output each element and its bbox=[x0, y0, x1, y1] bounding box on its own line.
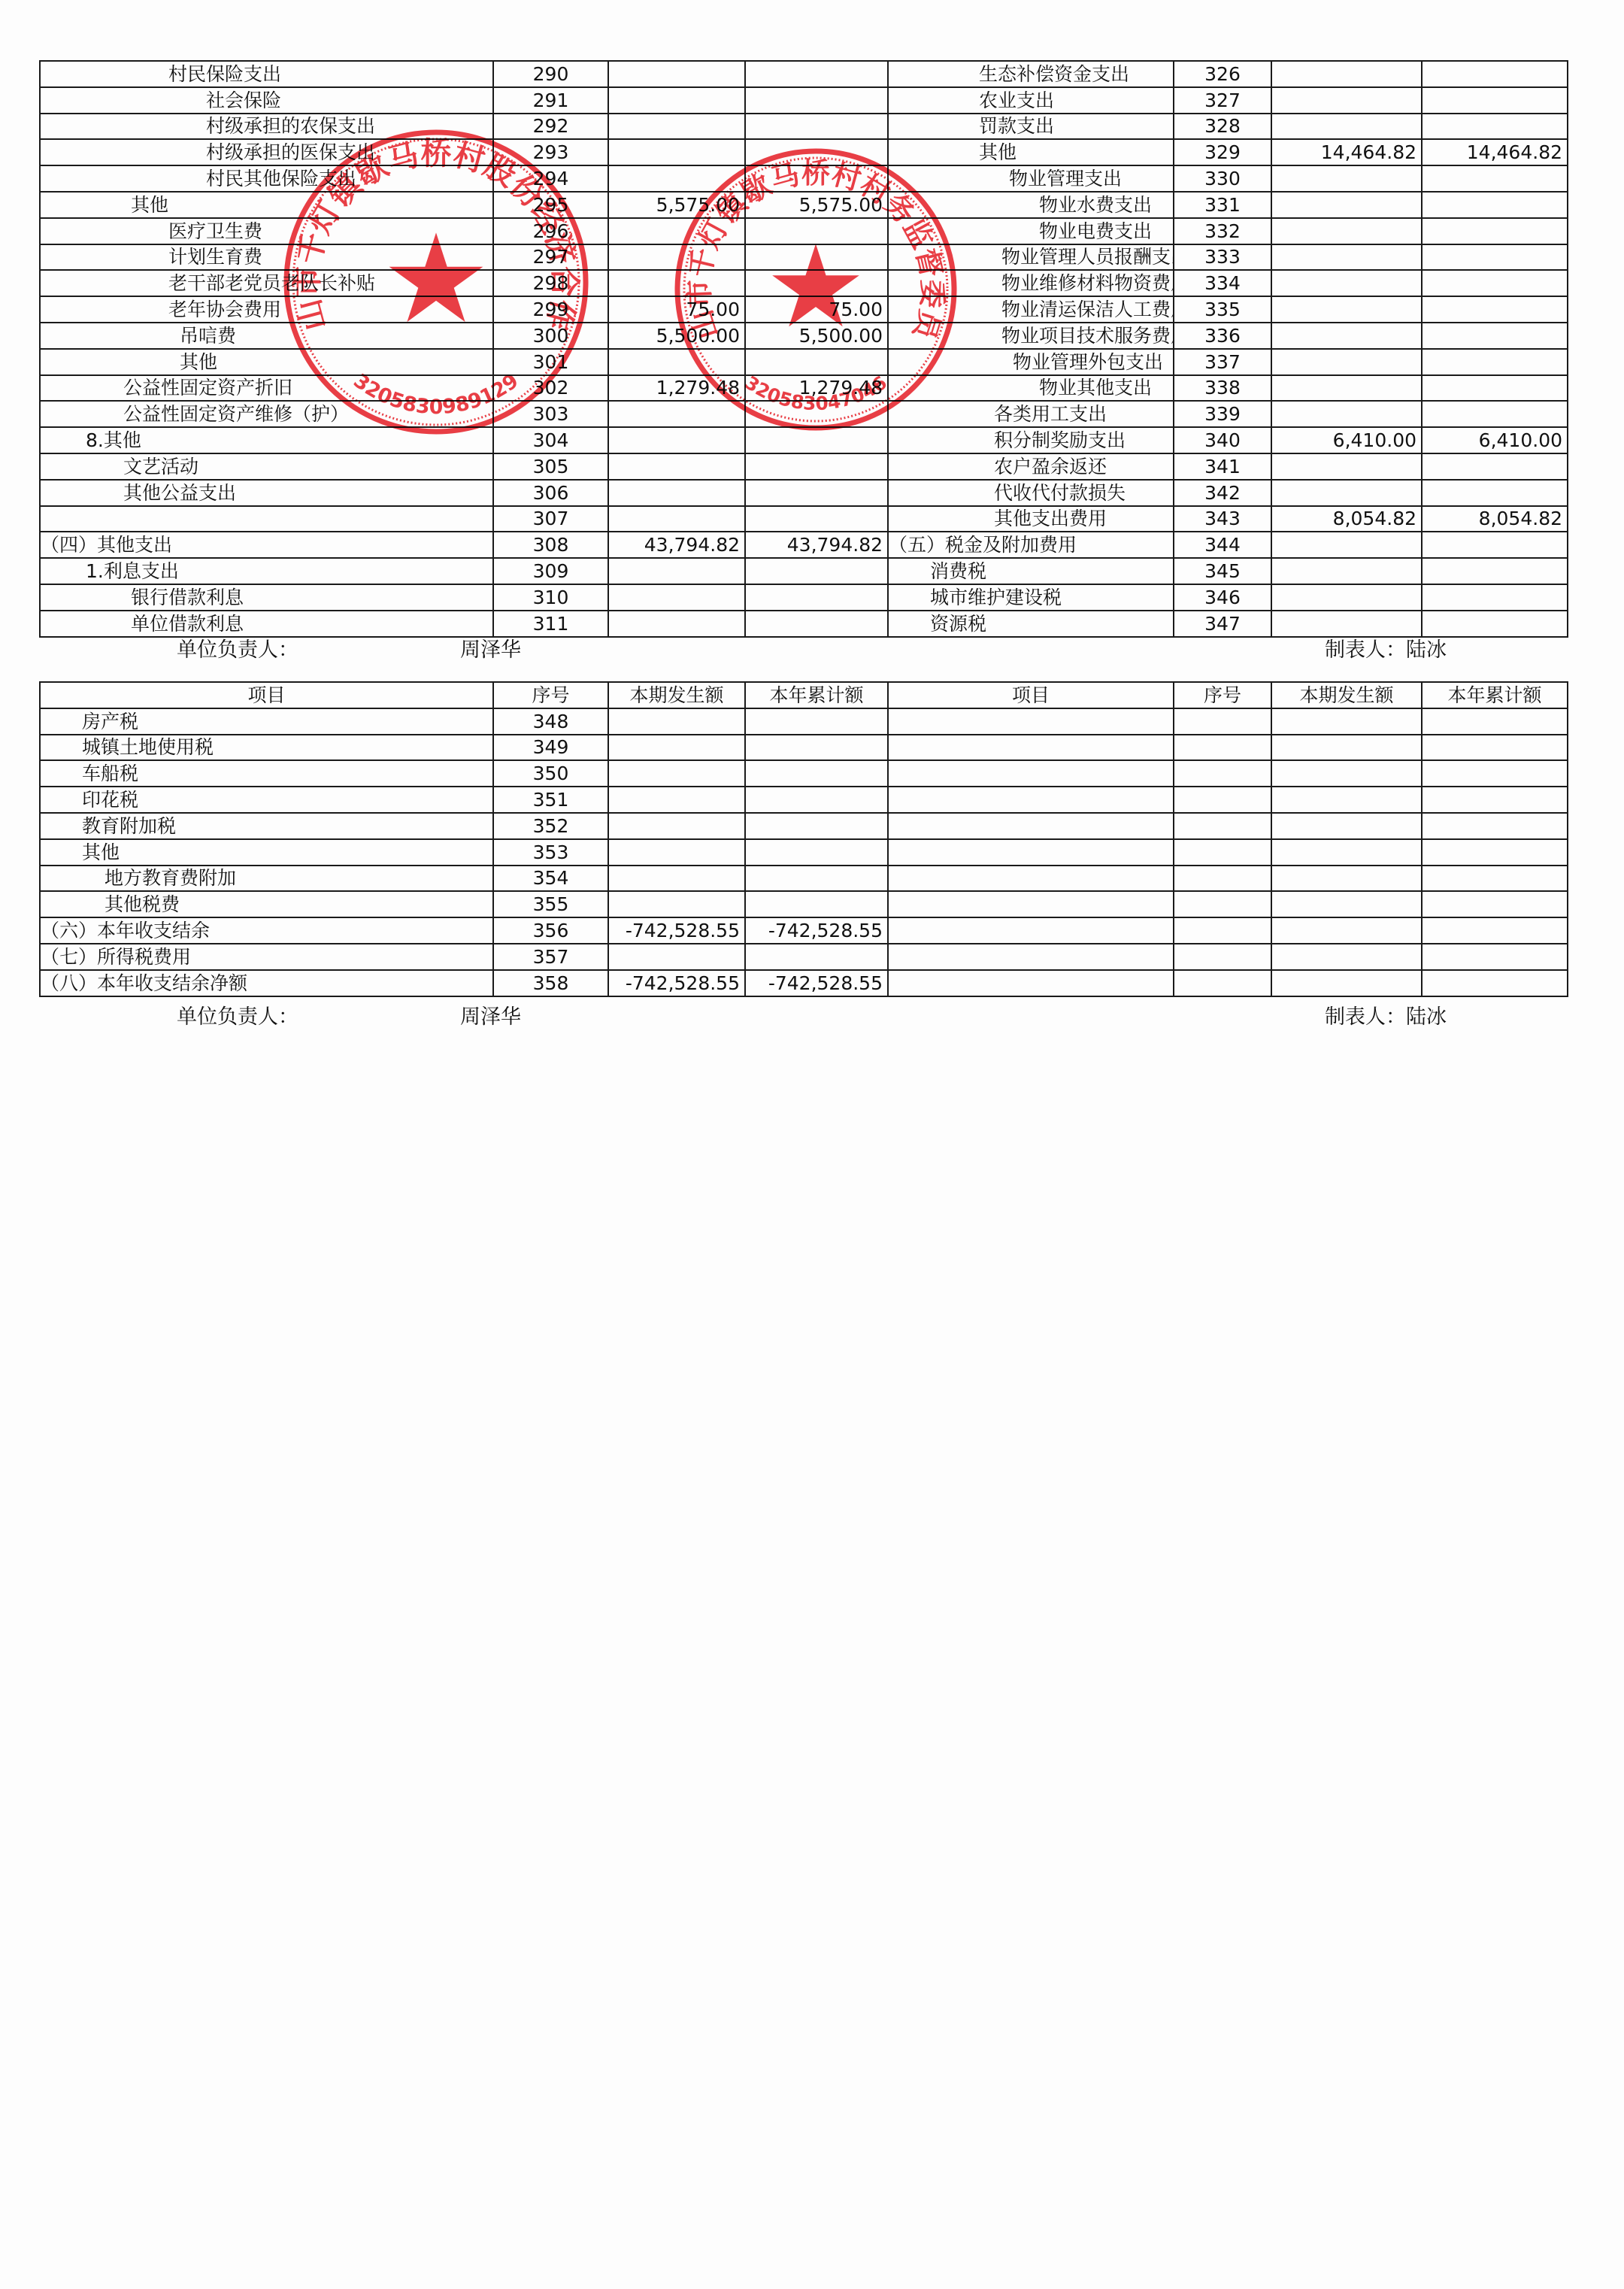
empty-cell bbox=[888, 970, 1174, 996]
empty-cell bbox=[1271, 970, 1422, 996]
current-period-amount bbox=[608, 839, 745, 866]
year-to-date-amount bbox=[745, 349, 888, 375]
item-name: 村级承担的农保支出 bbox=[40, 114, 493, 140]
item-name: 物业项目技术服务费用 bbox=[888, 323, 1174, 349]
empty-cell bbox=[888, 866, 1174, 892]
preparer-label: 制表人：陆冰 bbox=[1325, 1000, 1447, 1029]
table-row: 其他税费355 bbox=[40, 891, 1568, 917]
year-to-date-amount bbox=[1422, 584, 1568, 611]
empty-cell bbox=[1271, 839, 1422, 866]
row-number: 292 bbox=[493, 114, 608, 140]
empty-cell bbox=[1422, 917, 1568, 944]
preparer-label: 制表人：陆冰 bbox=[1325, 633, 1447, 662]
current-period-amount bbox=[608, 349, 745, 375]
row-number: 304 bbox=[493, 427, 608, 453]
row-number: 298 bbox=[493, 270, 608, 296]
empty-cell bbox=[1422, 760, 1568, 787]
row-number: 342 bbox=[1174, 480, 1271, 506]
column-header: 本年累计额 bbox=[745, 682, 888, 708]
current-period-amount bbox=[1271, 375, 1422, 402]
empty-cell bbox=[888, 708, 1174, 735]
column-header: 本年累计额 bbox=[1422, 682, 1568, 708]
year-to-date-amount bbox=[1422, 401, 1568, 427]
row-number: 350 bbox=[493, 760, 608, 787]
year-to-date-amount: -742,528.55 bbox=[745, 917, 888, 944]
empty-cell bbox=[1271, 760, 1422, 787]
empty-cell bbox=[1271, 891, 1422, 917]
year-to-date-amount bbox=[745, 165, 888, 192]
item-name: 8.其他 bbox=[40, 427, 493, 453]
item-name: 代收代付款损失 bbox=[888, 480, 1174, 506]
year-to-date-amount bbox=[745, 611, 888, 637]
table-row: 社会保险291农业支出327 bbox=[40, 87, 1568, 114]
current-period-amount bbox=[608, 480, 745, 506]
item-name: 公益性固定资产折旧 bbox=[40, 375, 493, 402]
empty-cell bbox=[1422, 787, 1568, 813]
current-period-amount: 43,794.82 bbox=[608, 532, 745, 558]
item-name: 1.利息支出 bbox=[40, 558, 493, 584]
year-to-date-amount bbox=[1422, 323, 1568, 349]
column-header: 序号 bbox=[493, 682, 608, 708]
item-name: 其他支出费用 bbox=[888, 506, 1174, 532]
item-name: 农户盈余返还 bbox=[888, 453, 1174, 480]
item-name: （五）税金及附加费用 bbox=[888, 532, 1174, 558]
current-period-amount bbox=[608, 584, 745, 611]
year-to-date-amount: 5,575.00 bbox=[745, 192, 888, 218]
table-row: 公益性固定资产维修（护）303各类用工支出339 bbox=[40, 401, 1568, 427]
table-row: 地方教育费附加354 bbox=[40, 866, 1568, 892]
current-period-amount bbox=[608, 139, 745, 165]
current-period-amount bbox=[608, 218, 745, 244]
row-number: 355 bbox=[493, 891, 608, 917]
current-period-amount bbox=[1271, 296, 1422, 323]
row-number: 354 bbox=[493, 866, 608, 892]
current-period-amount bbox=[1271, 270, 1422, 296]
current-period-amount bbox=[608, 506, 745, 532]
current-period-amount bbox=[608, 891, 745, 917]
row-number: 346 bbox=[1174, 584, 1271, 611]
empty-cell bbox=[1422, 970, 1568, 996]
year-to-date-amount bbox=[745, 453, 888, 480]
row-number: 332 bbox=[1174, 218, 1271, 244]
item-name: 吊唁费 bbox=[40, 323, 493, 349]
item-name: 印花税 bbox=[40, 787, 493, 813]
item-name: 其他公益支出 bbox=[40, 480, 493, 506]
item-name: 物业其他支出 bbox=[888, 375, 1174, 402]
table-header-row: 项目序号本期发生额本年累计额项目序号本期发生额本年累计额 bbox=[40, 682, 1568, 708]
empty-cell bbox=[1174, 970, 1271, 996]
row-number: 353 bbox=[493, 839, 608, 866]
item-name: （七）所得税费用 bbox=[40, 944, 493, 970]
current-period-amount bbox=[608, 61, 745, 87]
row-number: 295 bbox=[493, 192, 608, 218]
current-period-amount bbox=[1271, 61, 1422, 87]
item-name: 积分制奖励支出 bbox=[888, 427, 1174, 453]
empty-cell bbox=[888, 944, 1174, 970]
current-period-amount bbox=[1271, 532, 1422, 558]
year-to-date-amount bbox=[1422, 480, 1568, 506]
item-name: 物业管理人员报酬支出 bbox=[888, 244, 1174, 271]
empty-cell bbox=[1422, 891, 1568, 917]
year-to-date-amount bbox=[745, 114, 888, 140]
current-period-amount bbox=[608, 787, 745, 813]
current-period-amount bbox=[1271, 401, 1422, 427]
item-name: 老年协会费用 bbox=[40, 296, 493, 323]
row-number: 349 bbox=[493, 735, 608, 761]
empty-cell bbox=[1422, 813, 1568, 839]
table-row: （七）所得税费用357 bbox=[40, 944, 1568, 970]
row-number: 291 bbox=[493, 87, 608, 114]
current-period-amount bbox=[1271, 480, 1422, 506]
current-period-amount bbox=[608, 708, 745, 735]
row-number: 310 bbox=[493, 584, 608, 611]
item-name: 老干部老党员老队长补贴 bbox=[40, 270, 493, 296]
table-row: 教育附加税352 bbox=[40, 813, 1568, 839]
row-number: 301 bbox=[493, 349, 608, 375]
year-to-date-amount bbox=[745, 427, 888, 453]
tax-and-surplus-table: 项目序号本期发生额本年累计额项目序号本期发生额本年累计额 房产税348城镇土地使… bbox=[39, 681, 1568, 997]
current-period-amount bbox=[608, 114, 745, 140]
item-name: 农业支出 bbox=[888, 87, 1174, 114]
row-number: 352 bbox=[493, 813, 608, 839]
current-period-amount bbox=[1271, 453, 1422, 480]
year-to-date-amount bbox=[745, 480, 888, 506]
table-row: 老干部老党员老队长补贴298物业维修材料物资费用334 bbox=[40, 270, 1568, 296]
year-to-date-amount bbox=[745, 866, 888, 892]
year-to-date-amount bbox=[745, 218, 888, 244]
row-number: 308 bbox=[493, 532, 608, 558]
row-number: 296 bbox=[493, 218, 608, 244]
table-row: （八）本年收支结余净额358-742,528.55-742,528.55 bbox=[40, 970, 1568, 996]
empty-cell bbox=[1271, 813, 1422, 839]
item-name bbox=[40, 506, 493, 532]
current-period-amount bbox=[608, 401, 745, 427]
year-to-date-amount bbox=[745, 891, 888, 917]
item-name: 其他 bbox=[40, 349, 493, 375]
year-to-date-amount bbox=[1422, 165, 1568, 192]
row-number: 328 bbox=[1174, 114, 1271, 140]
table-row: 村民保险支出290生态补偿资金支出326 bbox=[40, 61, 1568, 87]
table-row: 其他301物业管理外包支出337 bbox=[40, 349, 1568, 375]
row-number: 330 bbox=[1174, 165, 1271, 192]
year-to-date-amount bbox=[745, 139, 888, 165]
year-to-date-amount: 75.00 bbox=[745, 296, 888, 323]
table-row: （四）其他支出30843,794.8243,794.82（五）税金及附加费用34… bbox=[40, 532, 1568, 558]
table-row: 村级承担的医保支出293其他32914,464.8214,464.82 bbox=[40, 139, 1568, 165]
item-name: （八）本年收支结余净额 bbox=[40, 970, 493, 996]
empty-cell bbox=[1271, 917, 1422, 944]
row-number: 303 bbox=[493, 401, 608, 427]
responsible-name: 周泽华 bbox=[460, 1000, 521, 1029]
current-period-amount bbox=[608, 866, 745, 892]
current-period-amount bbox=[608, 760, 745, 787]
current-period-amount bbox=[1271, 114, 1422, 140]
row-number: 356 bbox=[493, 917, 608, 944]
year-to-date-amount bbox=[745, 244, 888, 271]
row-number: 300 bbox=[493, 323, 608, 349]
year-to-date-amount: 43,794.82 bbox=[745, 532, 888, 558]
row-number: 334 bbox=[1174, 270, 1271, 296]
item-name: 教育附加税 bbox=[40, 813, 493, 839]
year-to-date-amount bbox=[745, 558, 888, 584]
table-row: 村民其他保险支出294物业管理支出330 bbox=[40, 165, 1568, 192]
current-period-amount bbox=[1271, 87, 1422, 114]
year-to-date-amount bbox=[1422, 270, 1568, 296]
empty-cell bbox=[1271, 944, 1422, 970]
responsible-label: 单位负责人： bbox=[177, 633, 298, 662]
year-to-date-amount bbox=[1422, 349, 1568, 375]
row-number: 335 bbox=[1174, 296, 1271, 323]
expense-table-continued: 村民保险支出290生态补偿资金支出326社会保险291农业支出327村级承担的农… bbox=[39, 60, 1568, 638]
current-period-amount: -742,528.55 bbox=[608, 970, 745, 996]
column-header: 序号 bbox=[1174, 682, 1271, 708]
row-number: 307 bbox=[493, 506, 608, 532]
current-period-amount bbox=[608, 427, 745, 453]
item-name: 其他 bbox=[40, 839, 493, 866]
year-to-date-amount bbox=[745, 760, 888, 787]
current-period-amount bbox=[1271, 192, 1422, 218]
item-name: 社会保险 bbox=[40, 87, 493, 114]
year-to-date-amount: 6,410.00 bbox=[1422, 427, 1568, 453]
document-page: 村民保险支出290生态补偿资金支出326社会保险291农业支出327村级承担的农… bbox=[0, 0, 1624, 2289]
table-row: 医疗卫生费296物业电费支出332 bbox=[40, 218, 1568, 244]
item-name: 村级承担的医保支出 bbox=[40, 139, 493, 165]
current-period-amount bbox=[608, 813, 745, 839]
item-name: 地方教育费附加 bbox=[40, 866, 493, 892]
row-number: 294 bbox=[493, 165, 608, 192]
empty-cell bbox=[1174, 866, 1271, 892]
empty-cell bbox=[1174, 891, 1271, 917]
row-number: 347 bbox=[1174, 611, 1271, 637]
year-to-date-amount bbox=[1422, 375, 1568, 402]
empty-cell bbox=[1174, 839, 1271, 866]
empty-cell bbox=[1174, 735, 1271, 761]
column-header: 项目 bbox=[888, 682, 1174, 708]
row-number: 331 bbox=[1174, 192, 1271, 218]
item-name: 村民其他保险支出 bbox=[40, 165, 493, 192]
row-number: 340 bbox=[1174, 427, 1271, 453]
current-period-amount: 1,279.48 bbox=[608, 375, 745, 402]
item-name: 物业管理外包支出 bbox=[888, 349, 1174, 375]
item-name: 物业水费支出 bbox=[888, 192, 1174, 218]
row-number: 341 bbox=[1174, 453, 1271, 480]
table-row: 计划生育费297物业管理人员报酬支出333 bbox=[40, 244, 1568, 271]
year-to-date-amount bbox=[745, 813, 888, 839]
item-name: （四）其他支出 bbox=[40, 532, 493, 558]
item-name: 其他 bbox=[888, 139, 1174, 165]
empty-cell bbox=[888, 787, 1174, 813]
table-row: 城镇土地使用税349 bbox=[40, 735, 1568, 761]
table-row: 其他353 bbox=[40, 839, 1568, 866]
empty-cell bbox=[1422, 839, 1568, 866]
year-to-date-amount bbox=[1422, 244, 1568, 271]
row-number: 358 bbox=[493, 970, 608, 996]
table-row: 印花税351 bbox=[40, 787, 1568, 813]
current-period-amount bbox=[608, 611, 745, 637]
row-number: 345 bbox=[1174, 558, 1271, 584]
current-period-amount bbox=[608, 270, 745, 296]
year-to-date-amount bbox=[745, 839, 888, 866]
current-period-amount bbox=[608, 165, 745, 192]
item-name: 公益性固定资产维修（护） bbox=[40, 401, 493, 427]
empty-cell bbox=[1422, 944, 1568, 970]
row-number: 329 bbox=[1174, 139, 1271, 165]
year-to-date-amount bbox=[1422, 296, 1568, 323]
item-name: 物业维修材料物资费用 bbox=[888, 270, 1174, 296]
empty-cell bbox=[1174, 760, 1271, 787]
current-period-amount bbox=[1271, 558, 1422, 584]
column-header: 项目 bbox=[40, 682, 493, 708]
current-period-amount bbox=[608, 244, 745, 271]
item-name: 文艺活动 bbox=[40, 453, 493, 480]
row-number: 297 bbox=[493, 244, 608, 271]
year-to-date-amount: 8,054.82 bbox=[1422, 506, 1568, 532]
empty-cell bbox=[1271, 866, 1422, 892]
current-period-amount bbox=[608, 944, 745, 970]
empty-cell bbox=[888, 917, 1174, 944]
item-name: 物业清运保洁人工费用 bbox=[888, 296, 1174, 323]
row-number: 306 bbox=[493, 480, 608, 506]
row-number: 302 bbox=[493, 375, 608, 402]
row-number: 290 bbox=[493, 61, 608, 87]
empty-cell bbox=[888, 839, 1174, 866]
year-to-date-amount bbox=[1422, 114, 1568, 140]
year-to-date-amount bbox=[745, 61, 888, 87]
table-row: 老年协会费用29975.0075.00物业清运保洁人工费用335 bbox=[40, 296, 1568, 323]
table-row: 307其他支出费用3438,054.828,054.82 bbox=[40, 506, 1568, 532]
item-name: 村民保险支出 bbox=[40, 61, 493, 87]
row-number: 305 bbox=[493, 453, 608, 480]
item-name: 各类用工支出 bbox=[888, 401, 1174, 427]
year-to-date-amount bbox=[745, 87, 888, 114]
item-name: 资源税 bbox=[888, 611, 1174, 637]
row-number: 337 bbox=[1174, 349, 1271, 375]
row-number: 333 bbox=[1174, 244, 1271, 271]
item-name: （六）本年收支结余 bbox=[40, 917, 493, 944]
year-to-date-amount bbox=[745, 270, 888, 296]
empty-cell bbox=[888, 813, 1174, 839]
empty-cell bbox=[1271, 735, 1422, 761]
row-number: 326 bbox=[1174, 61, 1271, 87]
table-row: 其他2955,575.005,575.00物业水费支出331 bbox=[40, 192, 1568, 218]
responsible-label: 单位负责人： bbox=[177, 1000, 298, 1029]
item-name: 罚款支出 bbox=[888, 114, 1174, 140]
year-to-date-amount bbox=[1422, 87, 1568, 114]
row-number: 348 bbox=[493, 708, 608, 735]
current-period-amount: 14,464.82 bbox=[1271, 139, 1422, 165]
item-name: 城市维护建设税 bbox=[888, 584, 1174, 611]
item-name: 其他税费 bbox=[40, 891, 493, 917]
row-number: 344 bbox=[1174, 532, 1271, 558]
empty-cell bbox=[1422, 708, 1568, 735]
table-row: 吊唁费3005,500.005,500.00物业项目技术服务费用336 bbox=[40, 323, 1568, 349]
empty-cell bbox=[888, 891, 1174, 917]
year-to-date-amount bbox=[745, 506, 888, 532]
empty-cell bbox=[1271, 787, 1422, 813]
empty-cell bbox=[1174, 787, 1271, 813]
current-period-amount: 6,410.00 bbox=[1271, 427, 1422, 453]
row-number: 351 bbox=[493, 787, 608, 813]
row-number: 309 bbox=[493, 558, 608, 584]
year-to-date-amount bbox=[1422, 192, 1568, 218]
current-period-amount bbox=[1271, 323, 1422, 349]
current-period-amount bbox=[1271, 218, 1422, 244]
year-to-date-amount bbox=[1422, 218, 1568, 244]
item-name: 物业电费支出 bbox=[888, 218, 1174, 244]
year-to-date-amount bbox=[1422, 532, 1568, 558]
row-number: 357 bbox=[493, 944, 608, 970]
current-period-amount bbox=[1271, 349, 1422, 375]
empty-cell bbox=[1174, 708, 1271, 735]
table-row: （六）本年收支结余356-742,528.55-742,528.55 bbox=[40, 917, 1568, 944]
row-number: 339 bbox=[1174, 401, 1271, 427]
current-period-amount bbox=[608, 558, 745, 584]
row-number: 293 bbox=[493, 139, 608, 165]
current-period-amount: -742,528.55 bbox=[608, 917, 745, 944]
current-period-amount bbox=[608, 87, 745, 114]
row-number: 299 bbox=[493, 296, 608, 323]
empty-cell bbox=[888, 735, 1174, 761]
year-to-date-amount bbox=[745, 735, 888, 761]
table-row: 村级承担的农保支出292罚款支出328 bbox=[40, 114, 1568, 140]
empty-cell bbox=[1174, 813, 1271, 839]
table-row: 房产税348 bbox=[40, 708, 1568, 735]
table-row: 8.其他304积分制奖励支出3406,410.006,410.00 bbox=[40, 427, 1568, 453]
current-period-amount bbox=[1271, 244, 1422, 271]
column-header: 本期发生额 bbox=[1271, 682, 1422, 708]
item-name: 城镇土地使用税 bbox=[40, 735, 493, 761]
current-period-amount: 5,575.00 bbox=[608, 192, 745, 218]
item-name: 物业管理支出 bbox=[888, 165, 1174, 192]
empty-cell bbox=[1174, 944, 1271, 970]
table-row: 文艺活动305农户盈余返还341 bbox=[40, 453, 1568, 480]
row-number: 343 bbox=[1174, 506, 1271, 532]
year-to-date-amount bbox=[745, 708, 888, 735]
empty-cell bbox=[1174, 917, 1271, 944]
year-to-date-amount bbox=[1422, 61, 1568, 87]
item-name: 银行借款利息 bbox=[40, 584, 493, 611]
empty-cell bbox=[1422, 866, 1568, 892]
row-number: 327 bbox=[1174, 87, 1271, 114]
current-period-amount bbox=[608, 453, 745, 480]
current-period-amount: 5,500.00 bbox=[608, 323, 745, 349]
year-to-date-amount bbox=[745, 401, 888, 427]
table-row: 车船税350 bbox=[40, 760, 1568, 787]
empty-cell bbox=[1422, 735, 1568, 761]
year-to-date-amount bbox=[745, 787, 888, 813]
row-number: 338 bbox=[1174, 375, 1271, 402]
year-to-date-amount: 1,279.48 bbox=[745, 375, 888, 402]
year-to-date-amount: 5,500.00 bbox=[745, 323, 888, 349]
year-to-date-amount bbox=[1422, 453, 1568, 480]
year-to-date-amount bbox=[1422, 558, 1568, 584]
item-name: 房产税 bbox=[40, 708, 493, 735]
current-period-amount: 8,054.82 bbox=[1271, 506, 1422, 532]
current-period-amount bbox=[1271, 165, 1422, 192]
current-period-amount: 75.00 bbox=[608, 296, 745, 323]
year-to-date-amount: 14,464.82 bbox=[1422, 139, 1568, 165]
item-name: 医疗卫生费 bbox=[40, 218, 493, 244]
item-name: 生态补偿资金支出 bbox=[888, 61, 1174, 87]
current-period-amount bbox=[1271, 584, 1422, 611]
item-name: 消费税 bbox=[888, 558, 1174, 584]
item-name: 车船税 bbox=[40, 760, 493, 787]
empty-cell bbox=[888, 760, 1174, 787]
table-row: 银行借款利息310城市维护建设税346 bbox=[40, 584, 1568, 611]
table-row: 1.利息支出309消费税345 bbox=[40, 558, 1568, 584]
year-to-date-amount bbox=[745, 944, 888, 970]
row-number: 336 bbox=[1174, 323, 1271, 349]
